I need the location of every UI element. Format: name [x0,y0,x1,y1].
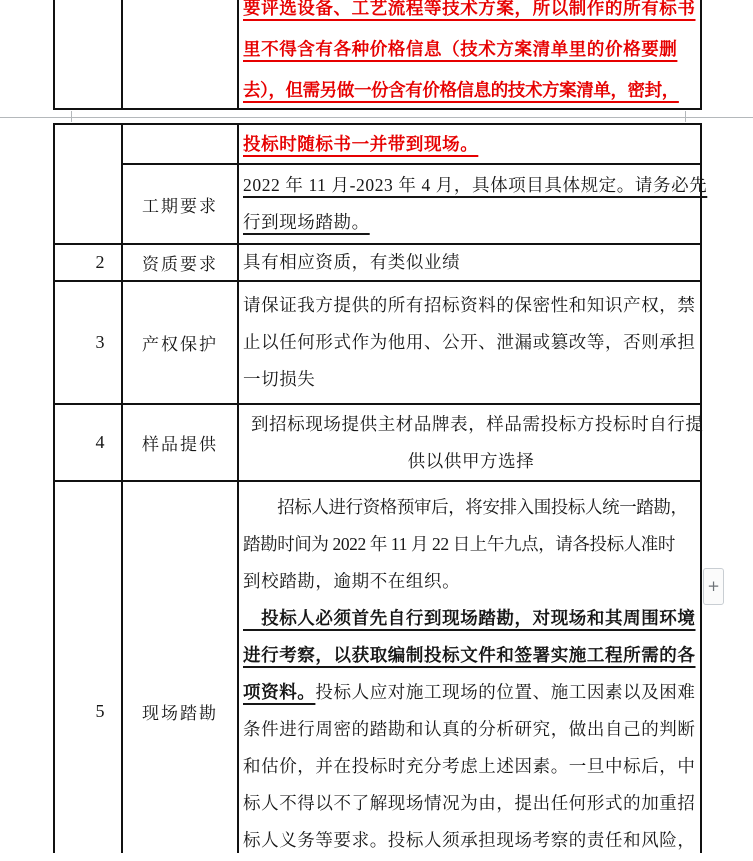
page-corner-mark [71,111,72,122]
table-border [237,0,239,110]
content-line: 去），但需另做一份含有价格信息的技术方案清单，密封， [243,70,699,111]
table-border [700,123,702,853]
prev-table-content-cell: 要评选设备、工艺流程等技术方案，所以制作的所有标书 里不得含有各种价格信息（技术… [243,0,699,112]
table-border [53,123,55,853]
document-page: 要评选设备、工艺流程等技术方案，所以制作的所有标书 里不得含有各种价格信息（技术… [0,0,753,861]
bold-underline-text: 项资料。 [243,682,315,702]
content-line: 条件进行周密的踏勘和认真的分析研究，做出自己的判断 [243,711,699,748]
content-line: 投标人必须首先自行到现场踏勘，对现场和其周围环境 [243,600,699,637]
content-line: 到招标现场提供主材品牌表，样品需投标方投标时自行提 [243,406,699,443]
content-line: 里不得含有各种价格信息（技术方案清单里的价格要删 [243,29,699,70]
row-label: 样品提供 [122,405,238,480]
content-line: 和估价，并在投标时充分考虑上述因素。一旦中标后，中 [243,748,699,785]
content-line: 到校踏勘，逾期不在组织。 [243,563,699,600]
page-separator-line [0,117,753,118]
expand-button[interactable]: + [703,568,724,605]
content-line: 具有相应资质，有类似业绩 [243,244,699,281]
content-line: 止以任何形式作为他用、公开、泄漏或篡改等，否则承担 [243,324,699,361]
content-line: 进行考察，以获取编制投标文件和签署实施工程所需的各 [243,637,699,674]
table-border [700,0,702,110]
row-label: 现场踏勘 [122,693,238,730]
content-line: 项资料。投标人应对施工现场的位置、施工因素以及困难 [243,674,699,711]
table-row: 招标人进行资格预审后，将安排入围投标人统一踏勘， 踏勘时间为 2022 年 11… [243,489,699,853]
content-line: 投标时随标书一并带到现场。 [243,126,699,163]
content-line: 请保证我方提供的所有招标资料的保密性和知识产权，禁 [243,287,699,324]
content-line: 2022 年 11 月-2023 年 4 月，具体项目具体规定。请务必先 [243,167,699,204]
table-row: 请保证我方提供的所有招标资料的保密性和知识产权，禁 止以任何形式作为他用、公开、… [243,282,699,403]
page-corner-mark [685,111,686,122]
table-border [121,0,123,110]
content-line: 供以供甲方选择 [243,443,699,480]
content-line: 踏勘时间为 2022 年 11 月 22 日上午九点，请各投标人准时 [243,526,699,563]
content-line: 招标人进行资格预审后，将安排入围投标人统一踏勘， [243,489,699,526]
table-row: 具有相应资质，有类似业绩 [243,245,699,280]
row-label: 产权保护 [122,282,238,403]
table-border [53,480,702,482]
table-row: 到招标现场提供主材品牌表，样品需投标方投标时自行提 供以供甲方选择 [243,405,699,480]
content-line: 标人不得以不了解现场情况为由，提出任何形式的加重招 [243,785,699,822]
row-label: 工期要求 [122,165,238,243]
table-row: 2022 年 11 月-2023 年 4 月，具体项目具体规定。请务必先 行到现… [243,165,699,243]
row-label: 资质要求 [122,245,238,280]
content-line: 行到现场踏勘。 [243,204,699,241]
content-line: 标人义务等要求。投标人须承担现场考察的责任和风险， [243,822,699,853]
content-line: 要评选设备、工艺流程等技术方案，所以制作的所有标书 [243,0,699,29]
table-border [53,0,55,110]
content-line: 一切损失 [243,361,699,398]
table-row: 投标时随标书一并带到现场。 [243,125,699,163]
plain-text: 投标人应对施工现场的位置、施工因素以及困难 [315,682,695,702]
